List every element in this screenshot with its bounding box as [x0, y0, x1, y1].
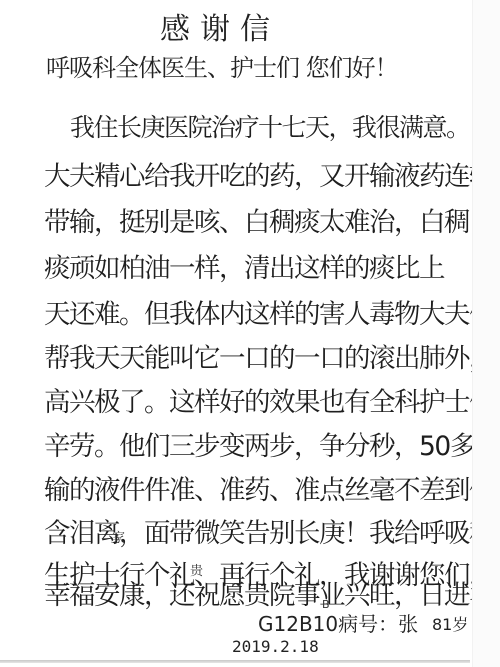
- letter-date: 2019.2.18: [232, 637, 319, 656]
- letter-greeting: 呼吸科全体医生、护士们 您们好！: [46, 48, 398, 83]
- letter-line: 高兴极了。这样好的效果也有全科护士们的: [44, 380, 500, 419]
- letter-line: 我住长庚医院治疗十七天，我很满意。: [70, 108, 470, 144]
- scan-margin: [472, 0, 500, 667]
- insertion-mark-jia: 家: [112, 527, 125, 546]
- letter-line: 幸福安康，还祝愿贵院事业兴旺，日进斗金！: [44, 573, 500, 612]
- letter-line: 帮我天天能叫它一口的一口的滚出肺外，我可: [44, 336, 500, 375]
- letter-title: 感谢信: [160, 4, 280, 48]
- letter-line: 带输，挺别是咳、白稠痰太难治，白稠: [44, 200, 469, 239]
- letter-line: 天还难。但我体内这样的害人毒物大夫们: [44, 292, 494, 331]
- signer-age: 81岁: [432, 612, 468, 635]
- scan-bottom-edge: [0, 660, 470, 663]
- signature: G12B10病号：张: [258, 608, 418, 637]
- letter-paper: 感谢信 呼吸科全体医生、护士们 您们好！ 我住长庚医院治疗十七天，我很满意。 大…: [0, 0, 472, 660]
- letter-line: 痰顽如柏油一样，清出这样的痰比上: [44, 246, 444, 285]
- insertion-mark-gui: 贵: [190, 560, 203, 579]
- letter-line: 大夫精心给我开吃的药，又开输液药连轨: [44, 154, 494, 193]
- letter-line: 输的液件件准、准药、准点丝毫不差到位。我是: [44, 468, 500, 507]
- letter-line: 辛劳。他们三步变两步，争分秒，50多病人吃的药、: [44, 424, 500, 463]
